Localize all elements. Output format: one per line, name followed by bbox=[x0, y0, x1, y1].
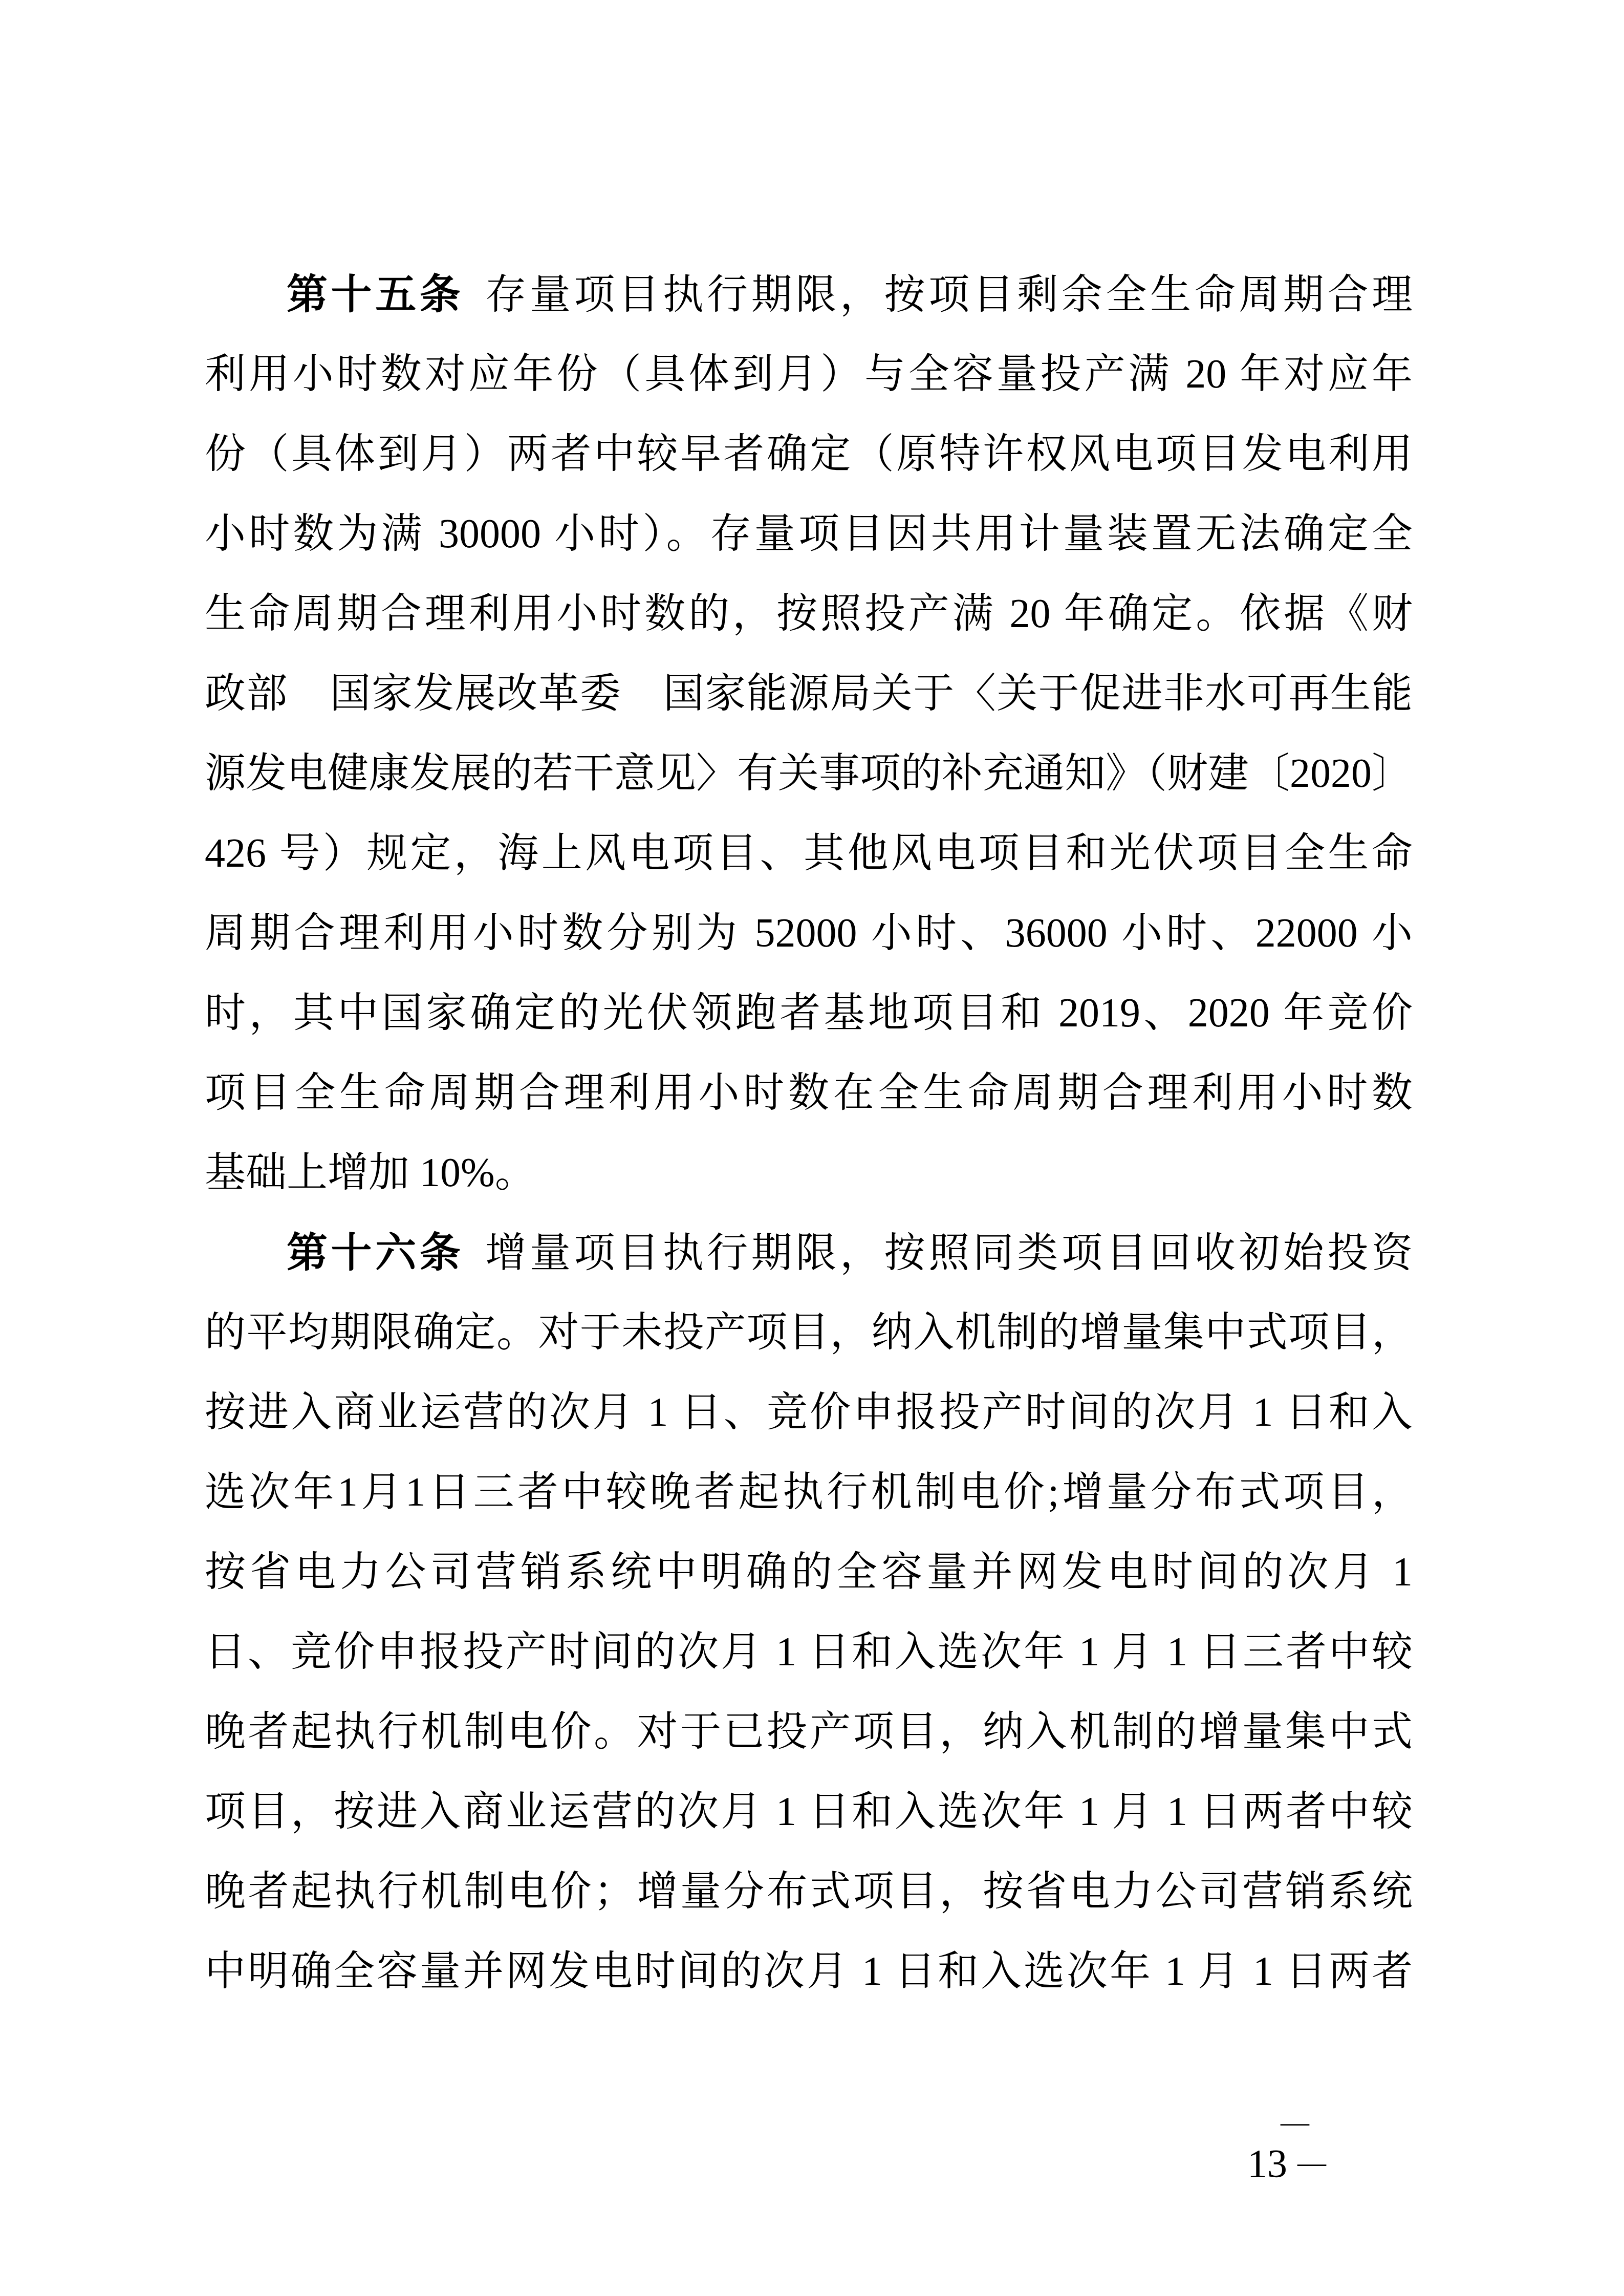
text-line: 利用小时数对应年份（具体到月）与全容量投产满 20 年对应年 bbox=[205, 334, 1413, 414]
text-line: 按省电力公司营销系统中明确的全容量并网发电时间的次月 1 bbox=[205, 1532, 1413, 1612]
text-line: 份（具体到月）两者中较早者确定（原特许权风电项目发电利用 bbox=[205, 414, 1413, 494]
footer-upper-dash: — bbox=[1281, 2108, 1309, 2137]
text-line: 选次年1月1日三者中较晚者起执行机制电价;增量分布式项目， bbox=[205, 1452, 1413, 1532]
text-line: 按进入商业运营的次月 1 日、竞价申报投产时间的次月 1 日和入 bbox=[205, 1372, 1413, 1452]
article-15-first-line-text: 存量项目执行期限，按项目剩余全生命周期合理 bbox=[485, 272, 1413, 317]
text-line: 的平均期限确定。对于未投产项目，纳入机制的增量集中式项目， bbox=[205, 1293, 1413, 1372]
text-line: 晚者起执行机制电价；增量分布式项目，按省电力公司营销系统 bbox=[205, 1852, 1413, 1932]
article-16-first-line: 第十六条增量项目执行期限，按照同类项目回收初始投资 bbox=[205, 1213, 1413, 1293]
article-15-label: 第十五条 bbox=[287, 271, 464, 317]
text-line: 时，其中国家确定的光伏领跑者基地项目和 2019、2020 年竞价 bbox=[205, 973, 1413, 1053]
text-line: 基础上增加 10%。 bbox=[205, 1133, 1413, 1213]
text-block: 第十五条存量项目执行期限，按项目剩余全生命周期合理 利用小时数对应年份（具体到月… bbox=[205, 254, 1413, 2011]
text-line: 周期合理利用小时数分别为 52000 小时、36000 小时、22000 小 bbox=[205, 893, 1413, 973]
page-number-value: 13 bbox=[1247, 2141, 1287, 2185]
text-line: 生命周期合理利用小时数的，按照投产满 20 年确定。依据《财 bbox=[205, 574, 1413, 654]
text-line: 源发电健康发展的若干意见〉有关事项的补充通知》（财建〔2020〕 bbox=[205, 734, 1413, 813]
text-line: 中明确全容量并网发电时间的次月 1 日和入选次年 1 月 1 日两者 bbox=[205, 1932, 1413, 2011]
text-line: 晚者起执行机制电价。对于已投产项目，纳入机制的增量集中式 bbox=[205, 1692, 1413, 1772]
article-15-first-line: 第十五条存量项目执行期限，按项目剩余全生命周期合理 bbox=[205, 254, 1413, 334]
text-line: 日、竞价申报投产时间的次月 1 日和入选次年 1 月 1 日三者中较 bbox=[205, 1612, 1413, 1692]
text-line: 政部 国家发展改革委 国家能源局关于〈关于促进非水可再生能 bbox=[205, 654, 1413, 734]
text-line: 项目，按进入商业运营的次月 1 日和入选次年 1 月 1 日两者中较 bbox=[205, 1772, 1413, 1852]
document-page: 第十五条存量项目执行期限，按项目剩余全生命周期合理 利用小时数对应年份（具体到月… bbox=[0, 0, 1624, 2296]
text-line: 426 号）规定，海上风电项目、其他风电项目和光伏项目全生命 bbox=[205, 813, 1413, 893]
article-16-label: 第十六条 bbox=[287, 1230, 464, 1275]
page-number-dash: — bbox=[1297, 2147, 1326, 2179]
page-number: 13— bbox=[1247, 2143, 1326, 2183]
article-16-first-line-text: 增量项目执行期限，按照同类项目回收初始投资 bbox=[485, 1231, 1413, 1276]
text-line: 小时数为满 30000 小时）。存量项目因共用计量装置无法确定全 bbox=[205, 494, 1413, 574]
text-line: 项目全生命周期合理利用小时数在全生命周期合理利用小时数 bbox=[205, 1053, 1413, 1133]
